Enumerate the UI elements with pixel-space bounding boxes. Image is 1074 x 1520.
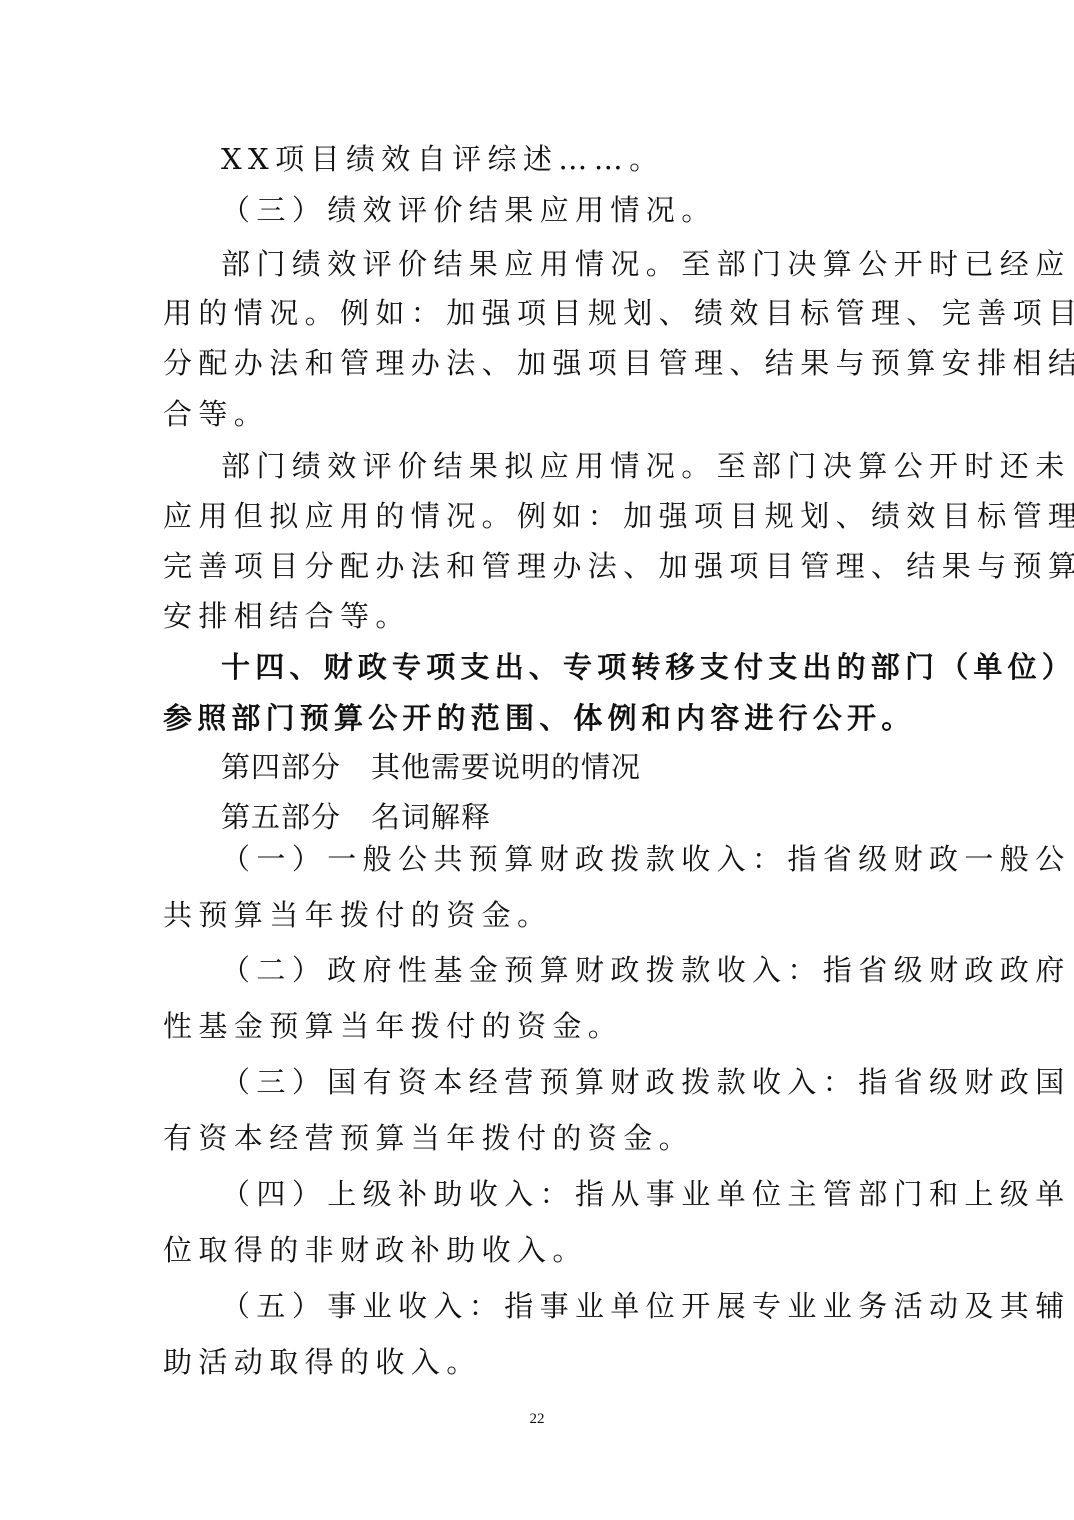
definition-line: （四）上级补助收入：指从事业单位主管部门和上级单 <box>221 1174 1071 1214</box>
paragraph-line: 应用但拟应用的情况。例如：加强项目规划、绩效目标管理、 <box>163 496 1074 536</box>
definition-line: 共预算当年拨付的资金。 <box>163 895 552 935</box>
definition-line: 助活动取得的收入。 <box>163 1342 482 1382</box>
paragraph-line: 用的情况。例如：加强项目规划、绩效目标管理、完善项目 <box>163 293 1074 333</box>
paragraph-line: 部门绩效评价结果应用情况。至部门决算公开时已经应 <box>221 244 1071 284</box>
page-number: 22 <box>0 1411 1074 1428</box>
part-heading-four: 第四部分 其他需要说明的情况 <box>221 747 641 787</box>
definition-line: （二）政府性基金预算财政拨款收入：指省级财政政府 <box>221 950 1071 990</box>
paragraph-line: 完善项目分配办法和管理办法、加强项目管理、结果与预算 <box>163 546 1074 586</box>
definition-line: （一）一般公共预算财政拨款收入：指省级财政一般公 <box>221 839 1071 879</box>
paragraph-line: 安排相结合等。 <box>163 596 411 636</box>
definition-line: （五）事业收入：指事业单位开展专业业务活动及其辅 <box>221 1286 1071 1326</box>
paragraph-line: XX项目绩效自评综述……。 <box>221 139 665 179</box>
paragraph-line: 合等。 <box>163 394 269 434</box>
bold-section-heading: 十四、财政专项支出、专项转移支付支出的部门（单位） <box>221 647 1074 687</box>
definition-line: （三）国有资本经营预算财政拨款收入：指省级财政国 <box>221 1062 1071 1102</box>
paragraph-line: 部门绩效评价结果拟应用情况。至部门决算公开时还未 <box>221 446 1071 486</box>
bold-section-heading: 参照部门预算公开的范围、体例和内容进行公开。 <box>163 698 915 738</box>
paragraph-line: 分配办法和管理办法、加强项目管理、结果与预算安排相结 <box>163 343 1074 383</box>
section-subheading: （三）绩效评价结果应用情况。 <box>221 190 717 230</box>
definition-line: 位取得的非财政补助收入。 <box>163 1230 588 1270</box>
definition-line: 性基金预算当年拨付的资金。 <box>163 1006 623 1046</box>
definition-line: 有资本经营预算当年拨付的资金。 <box>163 1118 694 1158</box>
part-heading-five: 第五部分 名词解释 <box>221 797 491 837</box>
